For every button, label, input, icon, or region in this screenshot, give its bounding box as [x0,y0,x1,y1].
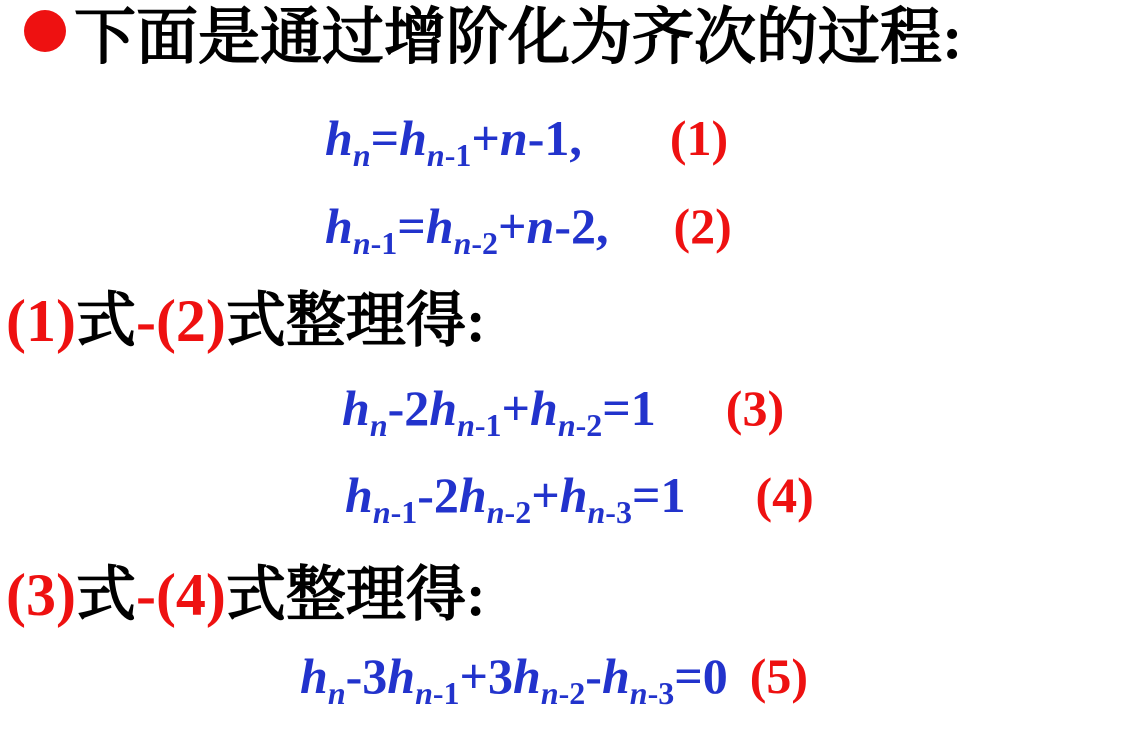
equation-2: hn-1=hn-2+n-2, [325,198,609,254]
text-segment: 式整理得: [226,562,486,628]
equation-number-2: (2) [674,198,732,254]
slide-title-text: 下面是通过增阶化为齐次的过程: [74,4,963,72]
slide-title: 下面是通过增阶化为齐次的过程: [24,4,963,73]
equation-5: hn-3hn-1+3hn-2-hn-3=0 [300,648,728,704]
text-segment: (3) [6,562,76,628]
equation-line-2: hn-1=hn-2+n-2,(2) [325,198,732,254]
text-segment: (2) [156,288,226,354]
equation-line-4: hn-1-2hn-2+hn-3=1(4) [345,467,814,523]
text-segment: (4) [156,562,226,628]
equation-line-1: hn=hn-1+n-1,(1) [325,110,728,166]
text-segment: 式 [76,562,136,628]
derivation-text-2: (3)式-(4)式整理得: [6,562,486,629]
equation-line-5: hn-3hn-1+3hn-2-hn-3=0(5) [300,648,808,704]
equation-3: hn-2hn-1+hn-2=1 [342,380,656,436]
text-segment: (1) [6,288,76,354]
equation-number-4: (4) [755,467,813,523]
equation-number-1: (1) [670,110,728,166]
equation-1: hn=hn-1+n-1, [325,110,582,166]
equation-line-3: hn-2hn-1+hn-2=1(3) [342,380,784,436]
text-segment: 式 [76,288,136,354]
derivation-text-1: (1)式-(2)式整理得: [6,288,486,355]
text-segment: - [136,288,156,354]
equation-number-3: (3) [726,380,784,436]
presentation-slide: 下面是通过增阶化为齐次的过程: hn=hn-1+n-1,(1) hn-1=hn-… [0,0,1130,748]
equation-4: hn-1-2hn-2+hn-3=1 [345,467,685,523]
bullet-icon [24,10,66,52]
text-segment: - [136,562,156,628]
equation-number-5: (5) [750,648,808,704]
text-segment: 式整理得: [226,288,486,354]
